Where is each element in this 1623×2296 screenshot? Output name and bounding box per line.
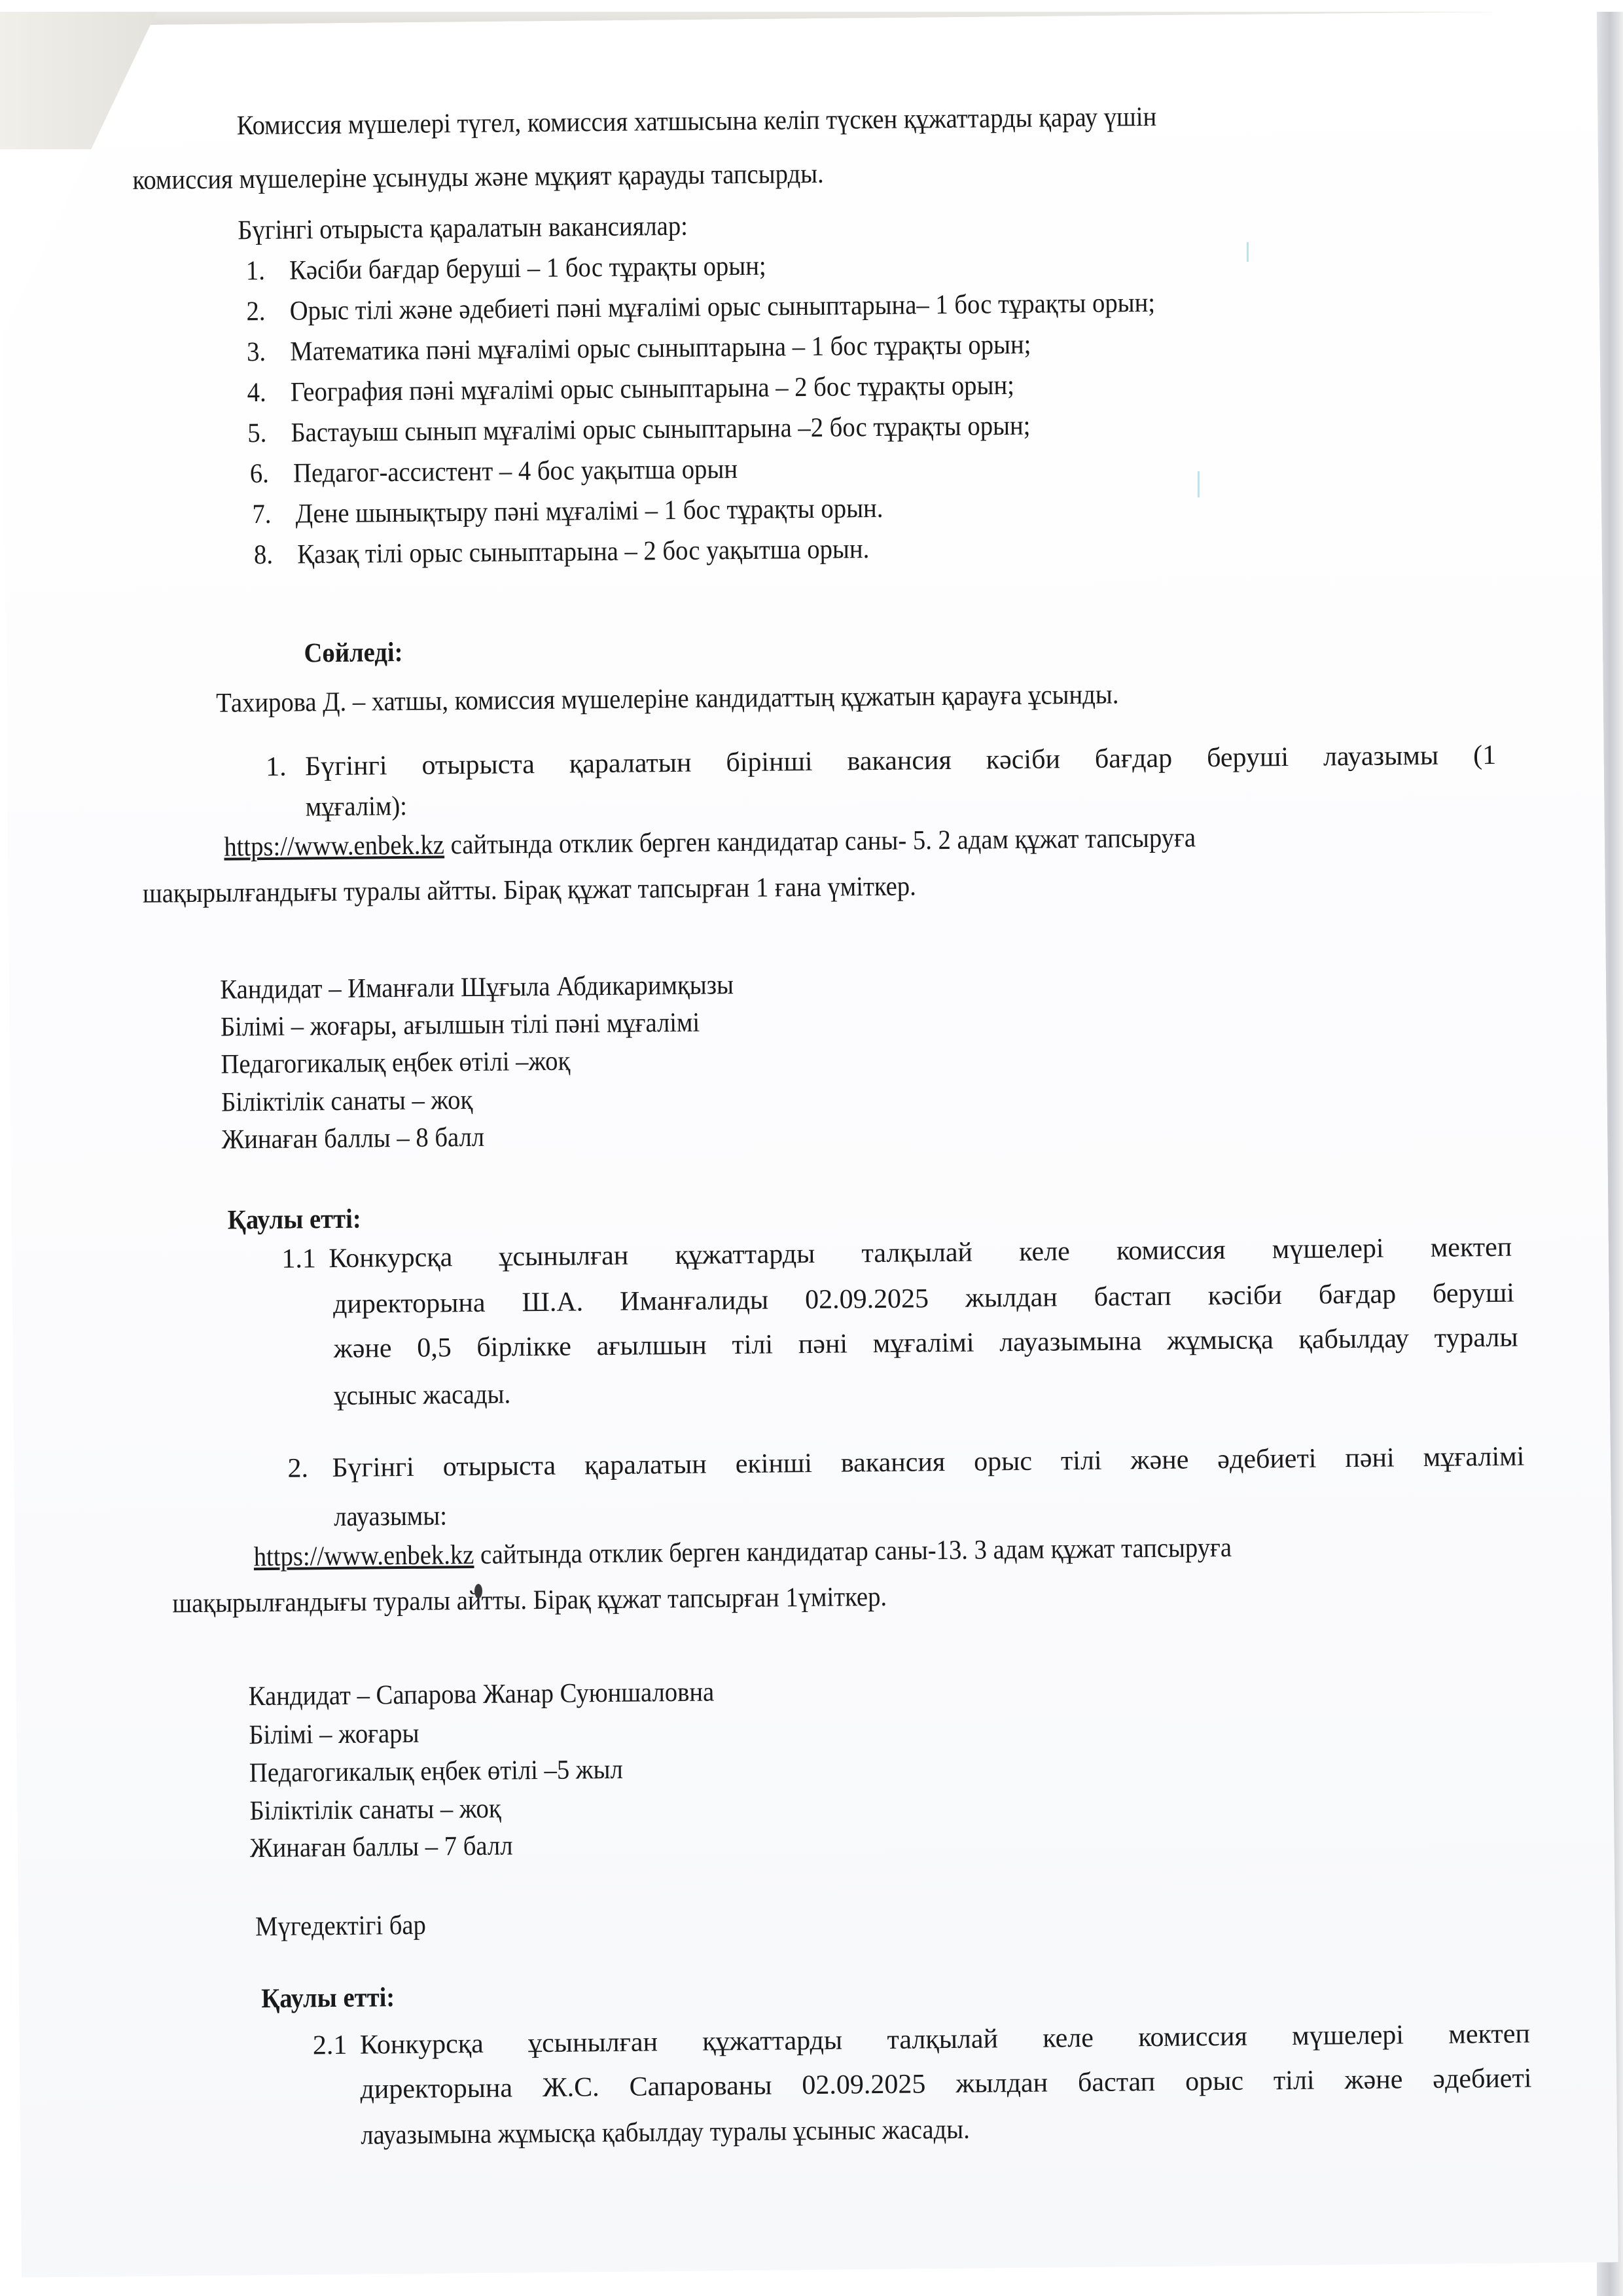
- decision-heading: Қаулы етті:: [228, 1204, 361, 1236]
- enbek-link[interactable]: https://www.enbek.kz: [254, 1540, 474, 1572]
- candidate-name: Кандидат – Сапарова Жанар Суюншаловна: [249, 1676, 715, 1712]
- vacancy-item: 7.Дене шынықтыру пәні мұғалімі – 1 бос т…: [252, 493, 883, 530]
- section-title-line-2: лауазымы:: [334, 1500, 447, 1533]
- scanned-page: Комиссия мүшелері түгел, комиссия хатшыс…: [0, 0, 1623, 2296]
- candidate-category: Біліктілік санаты – жоқ: [221, 1085, 473, 1119]
- enbek-link[interactable]: https://www.enbek.kz: [224, 830, 444, 862]
- candidate-education: Білімі – жоғары, ағылшын тілі пәні мұғал…: [221, 1007, 700, 1043]
- candidate-score: Жинаған баллы – 7 балл: [250, 1830, 513, 1864]
- candidate-name: Кандидат – Иманғали Шұғыла Абдикаримқызы: [220, 969, 734, 1006]
- blue-pen-mark: [1247, 242, 1249, 262]
- section-title-line-2: мұғалім):: [306, 791, 408, 823]
- blue-pen-mark: [1198, 471, 1200, 497]
- decision-line-4: ұсыныс жасады.: [334, 1378, 510, 1412]
- ink-speck: [474, 1584, 482, 1598]
- vacancy-item: 1.Кәсіби бағдар беруші – 1 бос тұрақты о…: [246, 251, 766, 287]
- vacancies-heading: Бүгінгі отырыста қаралатын вакансиялар:: [238, 211, 688, 247]
- vacancy-item: 6.Педагог-ассистент – 4 бос уақытша орын: [250, 454, 738, 490]
- disability-note: Мүгедектігі бар: [255, 1910, 426, 1943]
- vacancy-item: 8.Қазақ тілі орыс сыныптарына – 2 бос уа…: [254, 533, 870, 571]
- candidate-experience: Педагогикалық еңбек өтілі –5 жыл: [249, 1754, 623, 1789]
- candidate-category: Біліктілік санаты – жоқ: [249, 1793, 501, 1827]
- decision-heading: Қаулы етті:: [261, 1982, 395, 2015]
- candidate-experience: Педагогикалық еңбек өтілі –жоқ: [221, 1046, 570, 1081]
- spoke-heading: Сөйледі:: [304, 637, 402, 669]
- candidate-score: Жинаған баллы – 8 балл: [221, 1122, 484, 1156]
- intro-line-2: комиссия мүшелеріне ұсынуды және мұқият …: [132, 158, 824, 196]
- decision-line-3: лауазымына жұмысқа қабылдау туралы ұсыны…: [361, 2114, 970, 2151]
- candidate-education: Білімі – жоғары: [249, 1718, 419, 1751]
